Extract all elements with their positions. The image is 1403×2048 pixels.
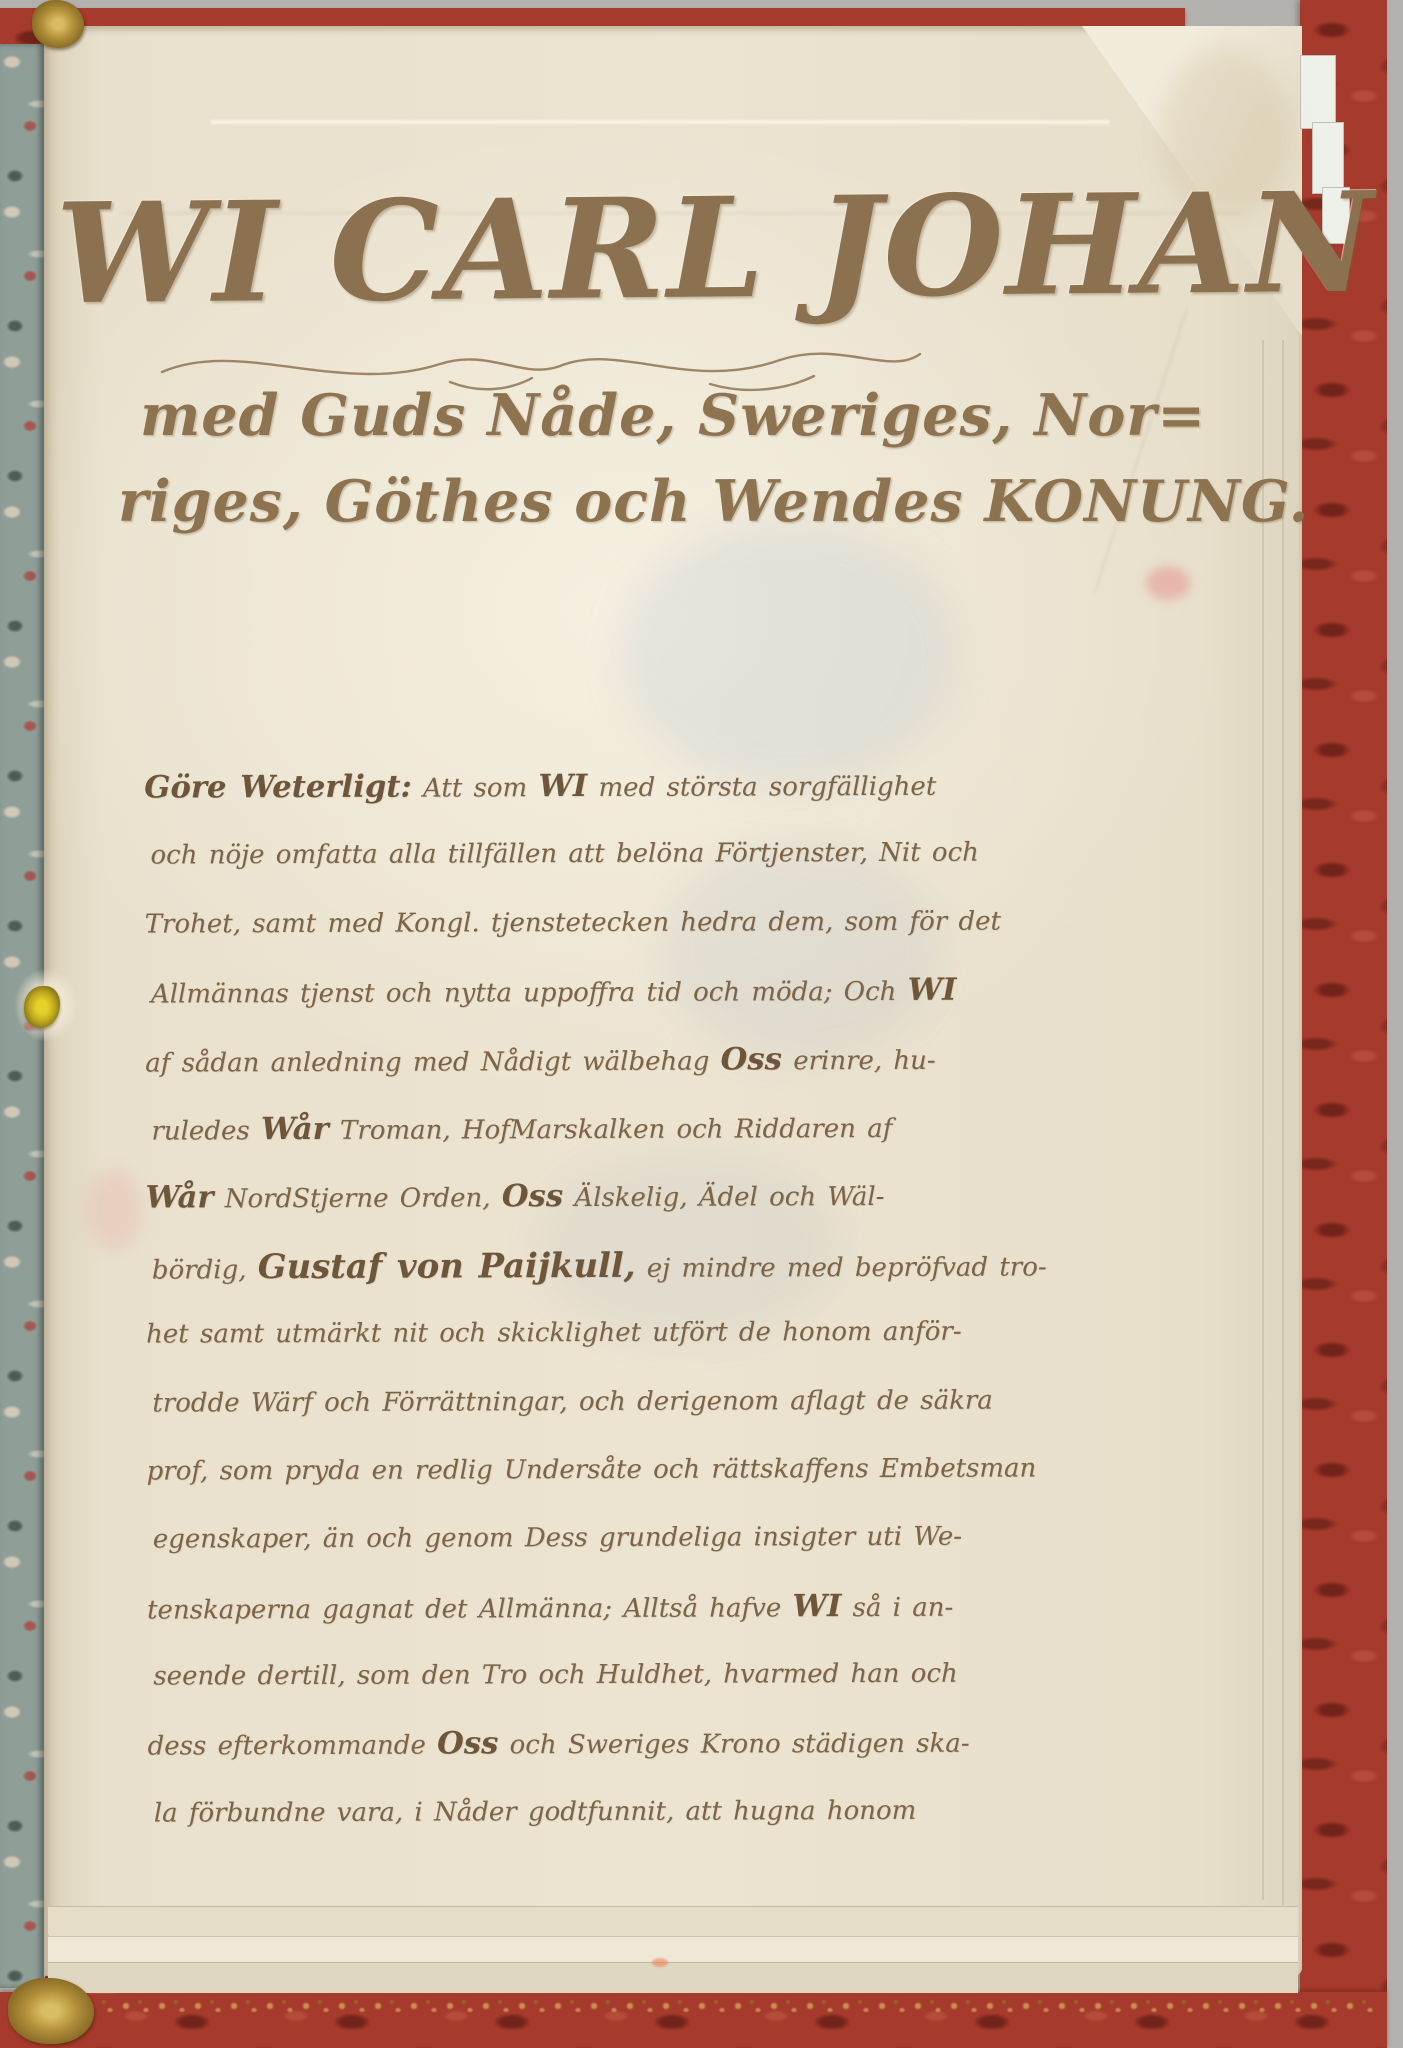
- body-text-segment: egenskaper, än och genom Dess grundeliga…: [153, 1522, 962, 1555]
- sheet-edge-band: [48, 1936, 1298, 1963]
- body-text-segment: Älskelig, Ädel och Wäl-: [563, 1182, 884, 1213]
- body-text-segment: erinre, hu-: [782, 1045, 936, 1076]
- manuscript-line: Allmännas tjenst och nytta uppoffra tid …: [151, 956, 1025, 1027]
- body-text-segment: Trohet, samt med Kongl. tjenstetecken he…: [145, 906, 1001, 939]
- body-text-segment: Allmännas tjenst och nytta uppoffra tid …: [151, 977, 908, 1010]
- emphasized-word: Gustaf von Paijkull,: [258, 1245, 636, 1286]
- manuscript-line: prof, som pryda en redlig Undersåte och …: [146, 1434, 1026, 1505]
- sheet-edge-band: [48, 1962, 1298, 1993]
- sheet-edge-line: [1262, 340, 1264, 1900]
- emphasized-word: Wår: [261, 1111, 329, 1147]
- binding-tassel-bottom-left: [8, 1978, 94, 2044]
- sheet-corner-step: [1300, 55, 1336, 129]
- subtitle-line-2: riges, Göthes och Wendes KONUNG.: [118, 468, 1028, 535]
- body-text-segment: dess efterkommande: [148, 1731, 438, 1762]
- emphasized-word: Oss: [437, 1726, 498, 1762]
- sheet-edge-line: [1282, 340, 1284, 1905]
- body-text-segment: ruledes: [151, 1116, 261, 1146]
- body-text-segment: ej mindre med bepröfvad tro-: [635, 1252, 1046, 1283]
- sheet-edge-band: [48, 1906, 1298, 1937]
- body-text-segment: Troman, HofMarskalken och Riddaren af: [329, 1114, 893, 1146]
- body-text-segment: het samt utmärkt nit och skicklighet utf…: [146, 1317, 962, 1350]
- manuscript-line: bördig, Gustaf von Paijkull, ej mindre m…: [152, 1229, 1026, 1300]
- subtitle-line-1: med Guds Nåde, Sweriges, Nor=: [140, 382, 1020, 449]
- body-text-segment: tenskaperna gagnat det Allmänna; Alltså …: [147, 1593, 792, 1625]
- pink-smudge-stain: [86, 1168, 142, 1252]
- red-speck-stain: [652, 1958, 668, 1967]
- manuscript-line: tenskaperna gagnat det Allmänna; Alltså …: [147, 1571, 1027, 1642]
- emphasized-word: Göre Weterligt:: [144, 769, 412, 806]
- body-text-segment: NordStjerne Orden,: [213, 1184, 501, 1215]
- manuscript-line: Wår NordStjerne Orden, Oss Älskelig, Äde…: [146, 1161, 1026, 1232]
- manuscript-line: och nöje omfatta alla tillfällen att bel…: [150, 819, 1024, 890]
- body-text-segment: Att som: [412, 773, 539, 803]
- body-text-segment: bördig,: [152, 1255, 258, 1285]
- manuscript-line: la förbundne vara, i Nåder godtfunnit, a…: [154, 1776, 1028, 1847]
- emphasized-word: WI: [792, 1588, 841, 1624]
- emphasized-word: WI: [908, 972, 957, 1008]
- manuscript-line: egenskaper, än och genom Dess grundeliga…: [153, 1503, 1027, 1574]
- manuscript-line: het samt utmärkt nit och skicklighet utf…: [146, 1298, 1026, 1369]
- emphasized-word: Oss: [502, 1178, 563, 1214]
- manuscript-line: Trohet, samt med Kongl. tjenstetecken he…: [145, 887, 1025, 958]
- emphasized-word: WI: [538, 768, 587, 804]
- emphasized-word: Oss: [721, 1041, 782, 1077]
- page-top-edge-highlight: [210, 120, 1110, 124]
- body-text-block: Göre Weterligt: Att som WI med största s…: [144, 750, 1028, 1847]
- body-text-segment: och Sweriges Krono städigen ska-: [498, 1729, 969, 1761]
- body-text-segment: seende dertill, som den Tro och Huldhet,…: [153, 1659, 958, 1692]
- scanned-book-photo: { "scene": { "type": "book-scan", "backg…: [0, 0, 1403, 2048]
- manuscript-line: af sådan anledning med Nådigt wälbehag O…: [145, 1024, 1025, 1095]
- body-text-segment: med största sorgfällighet: [587, 772, 936, 803]
- gold-tooling-band: [8, 1996, 1378, 2016]
- body-text-segment: och nöje omfatta alla tillfällen att bel…: [150, 838, 979, 871]
- manuscript-line: seende dertill, som den Tro och Huldhet,…: [153, 1640, 1027, 1711]
- body-text-segment: trodde Wärf och Förrättningar, och derig…: [152, 1385, 993, 1418]
- body-text-segment: af sådan anledning med Nådigt wälbehag: [145, 1046, 721, 1078]
- body-text-segment: så i an-: [841, 1592, 953, 1622]
- manuscript-line: Göre Weterligt: Att som WI med största s…: [144, 750, 1024, 821]
- manuscript-line: dess efterkommande Oss och Sweriges Kron…: [147, 1708, 1027, 1779]
- body-text-segment: la förbundne vara, i Nåder godtfunnit, a…: [154, 1796, 917, 1829]
- pink-spot-stain: [1146, 566, 1190, 600]
- manuscript-line: trodde Wärf och Förrättningar, och derig…: [152, 1366, 1026, 1437]
- binding-tassel-top-left: [32, 0, 84, 48]
- body-text-segment: prof, som pryda en redlig Undersåte och …: [147, 1453, 1037, 1486]
- manuscript-line: ruledes Wår Troman, HofMarskalken och Ri…: [151, 1092, 1025, 1163]
- emphasized-word: Wår: [146, 1180, 214, 1216]
- show-through-stain: [620, 520, 960, 790]
